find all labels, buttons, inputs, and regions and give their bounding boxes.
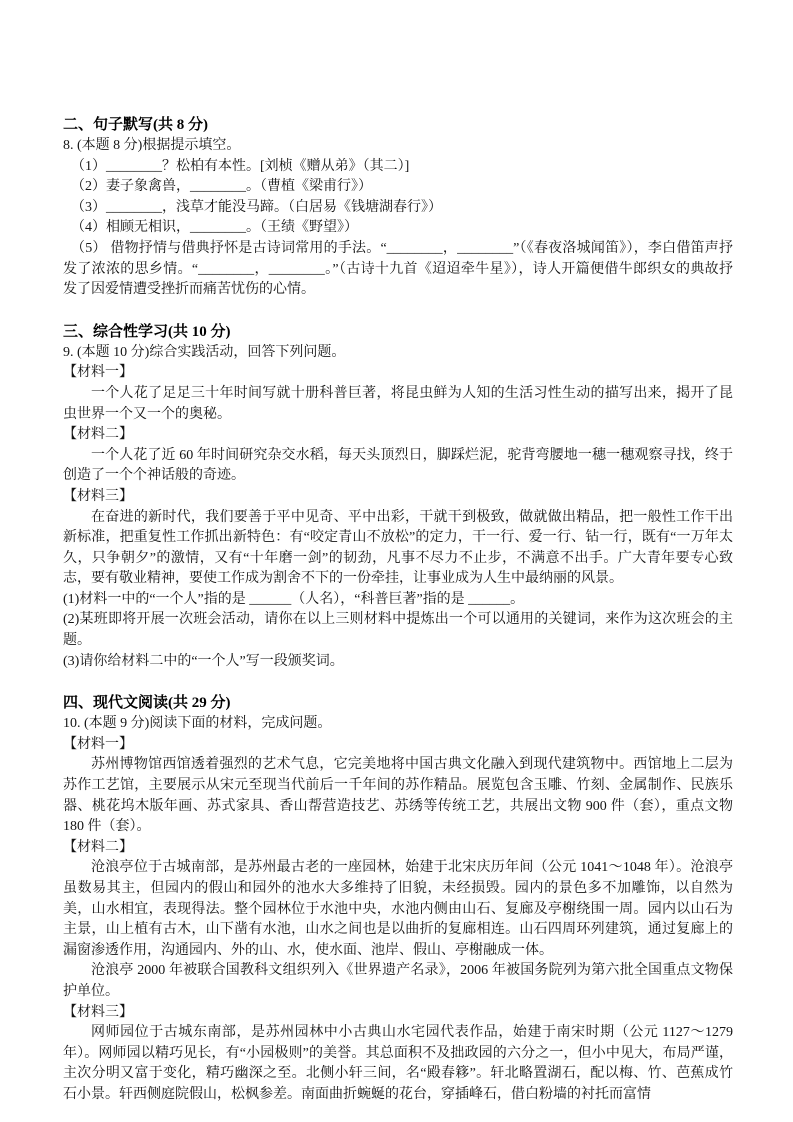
material-1-text: 苏州博物馆西馆透着强烈的艺术气息，它完美地将中国古典文化融入到现代建筑物中。西馆… [63,755,733,837]
sub-question-3: (3)请你给材料二中的“一个人”写一段颁奖词。 [63,652,733,673]
document-page: 二、句子默写(共 8 分) 8. (本题 8 分)根据提示填空。 （1）____… [0,0,793,1122]
question-8-stem: 8. (本题 8 分)根据提示填空。 [63,136,733,157]
material-2-text: 一个人花了近 60 年时间研究杂交水稻，每天头顶烈日，脚踩烂泥，驼背弯腰地一穗一… [63,446,733,487]
section-title: 二、句子默写(共 8 分) [63,115,733,136]
sub-question-1: (1)材料一中的“一个人”指的是 ______（人名），“科普巨著”指的是 __… [63,590,733,611]
material-1-label: 【材料一】 [63,363,733,384]
fill-blank-item-4: （4）相顾无相识，________。（王绩《野望》） [63,218,733,239]
material-3-text: 网师园位于古城东南部，是苏州园林中小古典山水宅园代表作品，始建于南宋时期（公元 … [63,1023,733,1105]
section-title: 三、综合性学习(共 10 分) [63,322,733,343]
section-modern-reading: 四、现代文阅读(共 29 分) 10. (本题 9 分)阅读下面的材料，完成问题… [63,693,733,1105]
sub-question-2: (2)某班即将开展一次班会活动，请你在以上三则材料中提炼出一个可以通用的关键词，… [63,610,733,651]
material-2-text-2: 沧浪亭 2000 年被联合国教科文组织列入《世界遗产名录》，2006 年被国务院… [63,961,733,1002]
material-2-label: 【材料二】 [63,838,733,859]
fill-blank-item-1: （1）________？松柏有本性。[刘桢《赠从弟》（其二）] [63,157,733,178]
material-3-label: 【材料三】 [63,487,733,508]
section-comprehensive-study: 三、综合性学习(共 10 分) 9. (本题 10 分)综合实践活动，回答下列问… [63,322,733,673]
fill-blank-item-5: （5） 借物抒情与借典抒怀是古诗词常用的手法。“________，_______… [63,239,733,301]
question-10-stem: 10. (本题 9 分)阅读下面的材料，完成问题。 [63,714,733,735]
question-9-stem: 9. (本题 10 分)综合实践活动，回答下列问题。 [63,343,733,364]
material-3-label: 【材料三】 [63,1003,733,1024]
section-title: 四、现代文阅读(共 29 分) [63,693,733,714]
material-2-label: 【材料二】 [63,425,733,446]
material-1-text: 一个人花了足足三十年时间写就十册科普巨著，将昆虫鲜为人知的生活习性生动的描写出来… [63,384,733,425]
section-sentence-dictation: 二、句子默写(共 8 分) 8. (本题 8 分)根据提示填空。 （1）____… [63,115,733,301]
material-2-text-1: 沧浪亭位于古城南部，是苏州最古老的一座园林，始建于北宋庆历年间（公元 1041～… [63,858,733,961]
material-3-text: 在奋进的新时代，我们要善于平中见奇、平中出彩，干就干到极致，做就做出精品，把一般… [63,508,733,590]
fill-blank-item-2: （2）妻子象禽兽，________。（曹植《梁甫行》） [63,177,733,198]
material-1-label: 【材料一】 [63,735,733,756]
fill-blank-item-3: （3）________，浅草才能没马蹄。（白居易《钱塘湖春行》） [63,198,733,219]
